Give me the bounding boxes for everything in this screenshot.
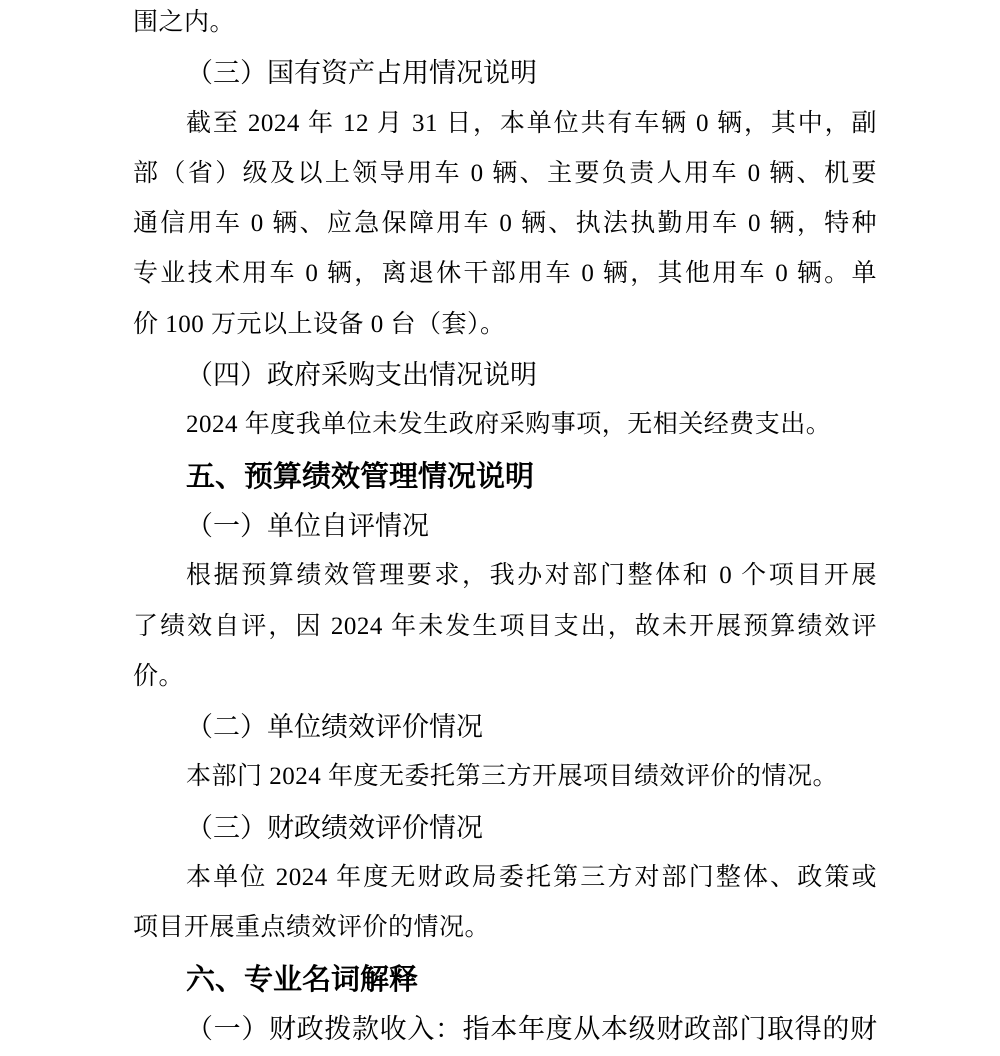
document-page: 围之内。（三）国有资产占用情况说明截至 2024 年 12 月 31 日，本单位… (0, 0, 1000, 1056)
text-line: （一）财政拨款收入：指本年度从本级财政部门取得的财 (133, 1004, 877, 1054)
text-line: 根据预算绩效管理要求，我办对部门整体和 0 个项目开展 (133, 551, 877, 601)
text-line: 本部门 2024 年度无委托第三方开展项目绩效评价的情况。 (133, 752, 877, 802)
text-line: 专业技术用车 0 辆，离退休干部用车 0 辆，其他用车 0 辆。单 (133, 249, 877, 299)
text-line: 价 100 万元以上设备 0 台（套）。 (133, 300, 877, 350)
text-line: 本单位 2024 年度无财政局委托第三方对部门整体、政策或 (133, 853, 877, 903)
text-line: 六、专业名词解释 (133, 954, 877, 1004)
text-line: 了绩效自评，因 2024 年未发生项目支出，故未开展预算绩效评 (133, 602, 877, 652)
document-body: 围之内。（三）国有资产占用情况说明截至 2024 年 12 月 31 日，本单位… (133, 0, 877, 1054)
text-line: 围之内。 (133, 0, 877, 48)
text-line: 2024 年度我单位未发生政府采购事项，无相关经费支出。 (133, 400, 877, 450)
text-line: 部（省）级及以上领导用车 0 辆、主要负责人用车 0 辆、机要 (133, 149, 877, 199)
text-line: （三）财政绩效评价情况 (133, 803, 877, 853)
text-line: （四）政府采购支出情况说明 (133, 350, 877, 400)
text-line: 截至 2024 年 12 月 31 日，本单位共有车辆 0 辆，其中，副 (133, 99, 877, 149)
text-line: 通信用车 0 辆、应急保障用车 0 辆、执法执勤用车 0 辆，特种 (133, 199, 877, 249)
text-line: （一）单位自评情况 (133, 501, 877, 551)
text-line: 五、预算绩效管理情况说明 (133, 451, 877, 501)
text-line: （三）国有资产占用情况说明 (133, 48, 877, 98)
text-line: 价。 (133, 652, 877, 702)
text-line: 项目开展重点绩效评价的情况。 (133, 903, 877, 953)
text-line: （二）单位绩效评价情况 (133, 702, 877, 752)
